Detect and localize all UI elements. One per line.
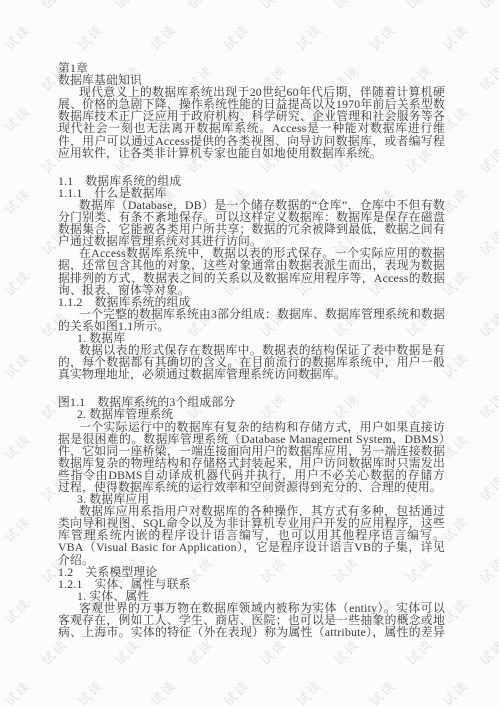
body-text-line: 据，还常包含其他的对象，这些对象通常由数据表派生而出，表现为数据检索的规则、数 — [58, 259, 445, 271]
body-text-line: 件，它如同一座桥梁，一端连接面向用户的数据库应用，另一端连接数据库。这样DBMS… — [58, 445, 445, 457]
body-text-line: 现代意义上的数据库系统出现于20世纪60年代后期，伴随着计算机硬件系统的飞速发 — [58, 86, 445, 98]
body-text-line: 数据库技术正广泛应用于政府机构、科学研究、企业管理和社会服务等各个方面，可以说 — [58, 110, 445, 122]
trial-read-watermark: 试读 — [183, 634, 218, 669]
body-text-line: 户通过数据库管理系统对其进行访问。 — [58, 235, 445, 247]
trial-read-watermark: 试读 — [0, 511, 34, 546]
trial-read-watermark: 试读 — [0, 347, 34, 382]
numbered-subheading-line: 1. 数据库 — [58, 332, 445, 344]
trial-read-watermark: 试读 — [0, 429, 34, 464]
trial-read-watermark: 试读 — [475, 0, 499, 13]
trial-read-watermark: 试读 — [219, 675, 254, 706]
trial-read-watermark: 试读 — [37, 634, 72, 669]
body-text-line: 展、价格的急剧下降、操作系统性能的日益提高以及1970年前后关系型数据模型的出现… — [58, 98, 445, 110]
trial-read-watermark: 试读 — [0, 183, 34, 218]
trial-read-watermark: 试读 — [146, 675, 181, 706]
trial-read-watermark: 试读 — [292, 19, 327, 54]
body-text-line: 数据库复杂的物理结构和存储格式封装起来，用户访问数据库时只需发出简单的指令，这 — [58, 457, 445, 469]
trial-read-watermark: 试读 — [438, 19, 473, 54]
body-text-line: 询、报表、窗体等对象。 — [58, 284, 445, 296]
numbered-subheading-line: 1. 实体、属性 — [58, 590, 445, 602]
body-text-line: 在Access数据库系统中，数据以表的形式保存。一个实际应用的数据库不但包含数 — [58, 247, 445, 259]
trial-read-watermark: 试读 — [329, 0, 364, 13]
trial-read-watermark: 试读 — [0, 265, 34, 300]
body-text-line: 数据以表的形式保存在数据库中。数据表的结构保证了表中数据是有组织、有条理 — [58, 344, 445, 356]
trial-read-watermark: 试读 — [292, 675, 327, 706]
trial-read-watermark: 试读 — [329, 634, 364, 669]
body-text-line: 病、上海市。实体的特征（外在表现）称为属性（attribute），属性的差异能使… — [58, 626, 445, 638]
page-text-column: 第1章数据库基础知识现代意义上的数据库系统出现于20世纪60年代后期，伴随着计算… — [58, 62, 445, 638]
trial-read-watermark: 试读 — [475, 224, 499, 259]
trial-read-watermark: 试读 — [219, 19, 254, 54]
trial-read-watermark: 试读 — [438, 675, 473, 706]
body-text-line: 介绍。 — [58, 554, 445, 566]
trial-read-watermark: 试读 — [475, 388, 499, 423]
body-text-line: 据排列的方式、数据表之间的关系以及数据库应用程序等，Access的数据库中就存在… — [58, 272, 445, 284]
chapter-heading-line: 数据库基础知识 — [58, 74, 445, 86]
trial-read-watermark: 试读 — [475, 60, 499, 95]
body-text-line: 据是很困难的。数据库管理系统（Database Management Syste… — [58, 433, 445, 445]
trial-read-watermark: 试读 — [475, 552, 499, 587]
section-heading-line: 1.1.1 什么是数据库 — [58, 187, 445, 199]
body-text-line: 客观存在，例如工人、学生、商店、医院；也可以是一些抽象的概念或地理名词，如哮喘 — [58, 614, 445, 626]
body-text-line: 类向导和视图、SQL命令以及为非计算机专业用户开发的应用程序，这些程序可以用数据 — [58, 517, 445, 529]
trial-read-watermark: 试读 — [256, 0, 291, 13]
body-text-line: 数据库应用系指用户对数据库的各种操作，其方式有多种，包括通过交互式命令、各 — [58, 505, 445, 517]
body-text-line: 一个实际运行中的数据库有复杂的结构和存储方式，用户如果直接访问数据库中的数 — [58, 421, 445, 433]
section-heading-line: 1.2 关系模型理论 — [58, 566, 445, 578]
trial-read-watermark: 试读 — [0, 675, 34, 706]
scanned-document-page: 试读试读试读试读试读试读试读试读试读试读试读试读试读试读试读试读试读试读试读试读… — [0, 0, 499, 706]
trial-read-watermark: 试读 — [37, 0, 72, 13]
trial-read-watermark: 试读 — [183, 0, 218, 13]
trial-read-watermark: 试读 — [73, 675, 108, 706]
trial-read-watermark: 试读 — [146, 19, 181, 54]
trial-read-watermark: 试读 — [0, 101, 34, 136]
trial-read-watermark: 试读 — [402, 634, 437, 669]
body-text-line: 应用软件，让各类非计算机专家也能自如地使用数据库系统。 — [58, 147, 445, 159]
blank-line — [58, 380, 445, 396]
body-text-line: 现代社会一刻也无法离开数据库系统。Access是一种能对数据库进行维护、管理的系… — [58, 122, 445, 134]
trial-read-watermark: 试读 — [110, 0, 145, 13]
body-text-line: 分门别类、有条不紊地保存。可以这样定义数据库：数据库是保存在磁盘等外存介质上的 — [58, 211, 445, 223]
trial-read-watermark: 试读 — [110, 634, 145, 669]
trial-read-watermark: 试读 — [475, 634, 499, 669]
body-text-line: 件，用户可以通过Access提供的各类视图、向导访问数据库，或者编写程序，形成数… — [58, 135, 445, 147]
trial-read-watermark: 试读 — [256, 634, 291, 669]
section-heading-line: 1.1.2 数据库系统的组成 — [58, 296, 445, 308]
trial-read-watermark: 试读 — [402, 0, 437, 13]
trial-read-watermark: 试读 — [475, 470, 499, 505]
trial-read-watermark: 试读 — [475, 306, 499, 341]
trial-read-watermark: 试读 — [0, 593, 34, 628]
trial-read-watermark: 试读 — [365, 675, 400, 706]
body-text-line: 库管理系统内嵌的程序设计语言编写，也可以用其他程序语言编写。Access内嵌的语… — [58, 529, 445, 541]
trial-read-watermark: 试读 — [475, 142, 499, 177]
body-text-line: 客观世界的万事万物在数据库领域内被称为实体（entity）。实体可以是实实在在的 — [58, 602, 445, 614]
body-text-line: VBA（Visual Basic for Application），它是程序设计… — [58, 541, 445, 553]
body-text-line: 数据库（Database，DB）是一个储存数据的“仓库”，仓库中不但有数据，而且… — [58, 199, 445, 211]
body-text-line: 真实物理地址，必须通过数据库管理系统访问数据库。 — [58, 368, 445, 380]
numbered-subheading-line: 3. 数据库应用 — [58, 493, 445, 505]
trial-read-watermark: 试读 — [0, 19, 34, 54]
trial-read-watermark: 试读 — [365, 19, 400, 54]
trial-read-watermark: 试读 — [73, 19, 108, 54]
numbered-subheading-line: 2. 数据库管理系统 — [58, 408, 445, 420]
blank-line — [58, 159, 445, 175]
